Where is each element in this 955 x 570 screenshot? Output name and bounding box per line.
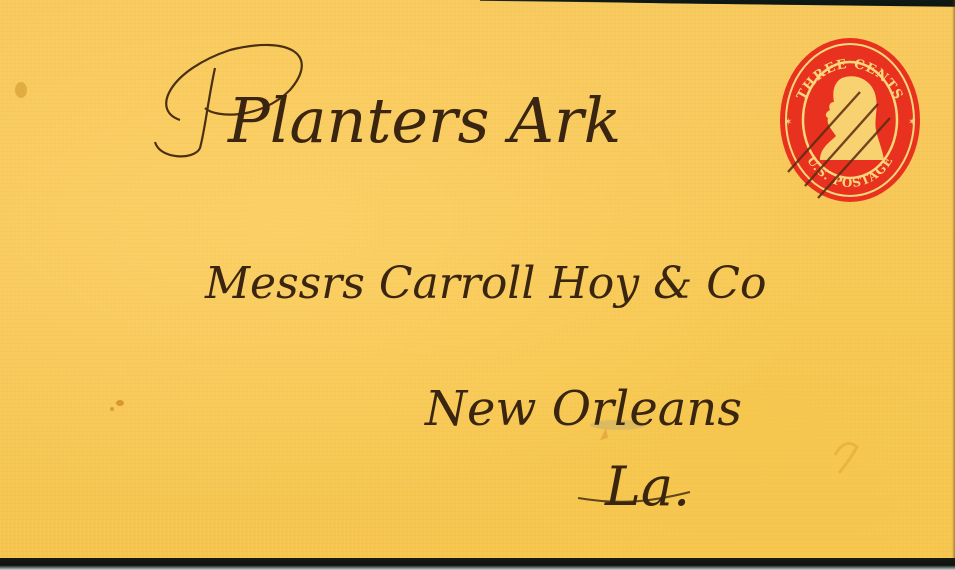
star-icon: ✶ (908, 117, 916, 128)
address-block: Messrs Carroll Hoy & Co New Orleans La. (204, 258, 766, 518)
address-line-3: La. (604, 455, 690, 518)
address-line-1: Messrs Carroll Hoy & Co (204, 258, 766, 309)
scan-frame: Planters Ark Messrs Carroll Hoy & Co New… (0, 0, 955, 570)
origin-manuscript: Planters Ark (155, 45, 621, 157)
address-line-2: New Orleans (424, 381, 742, 437)
origin-manuscript-text: Planters Ark (227, 84, 621, 157)
embossed-stamp: THREE CENTS U.S. POSTAGE ✶ ✶ (780, 38, 920, 202)
envelope-markings: Planters Ark Messrs Carroll Hoy & Co New… (0, 0, 955, 560)
star-icon: ✶ (784, 117, 792, 128)
